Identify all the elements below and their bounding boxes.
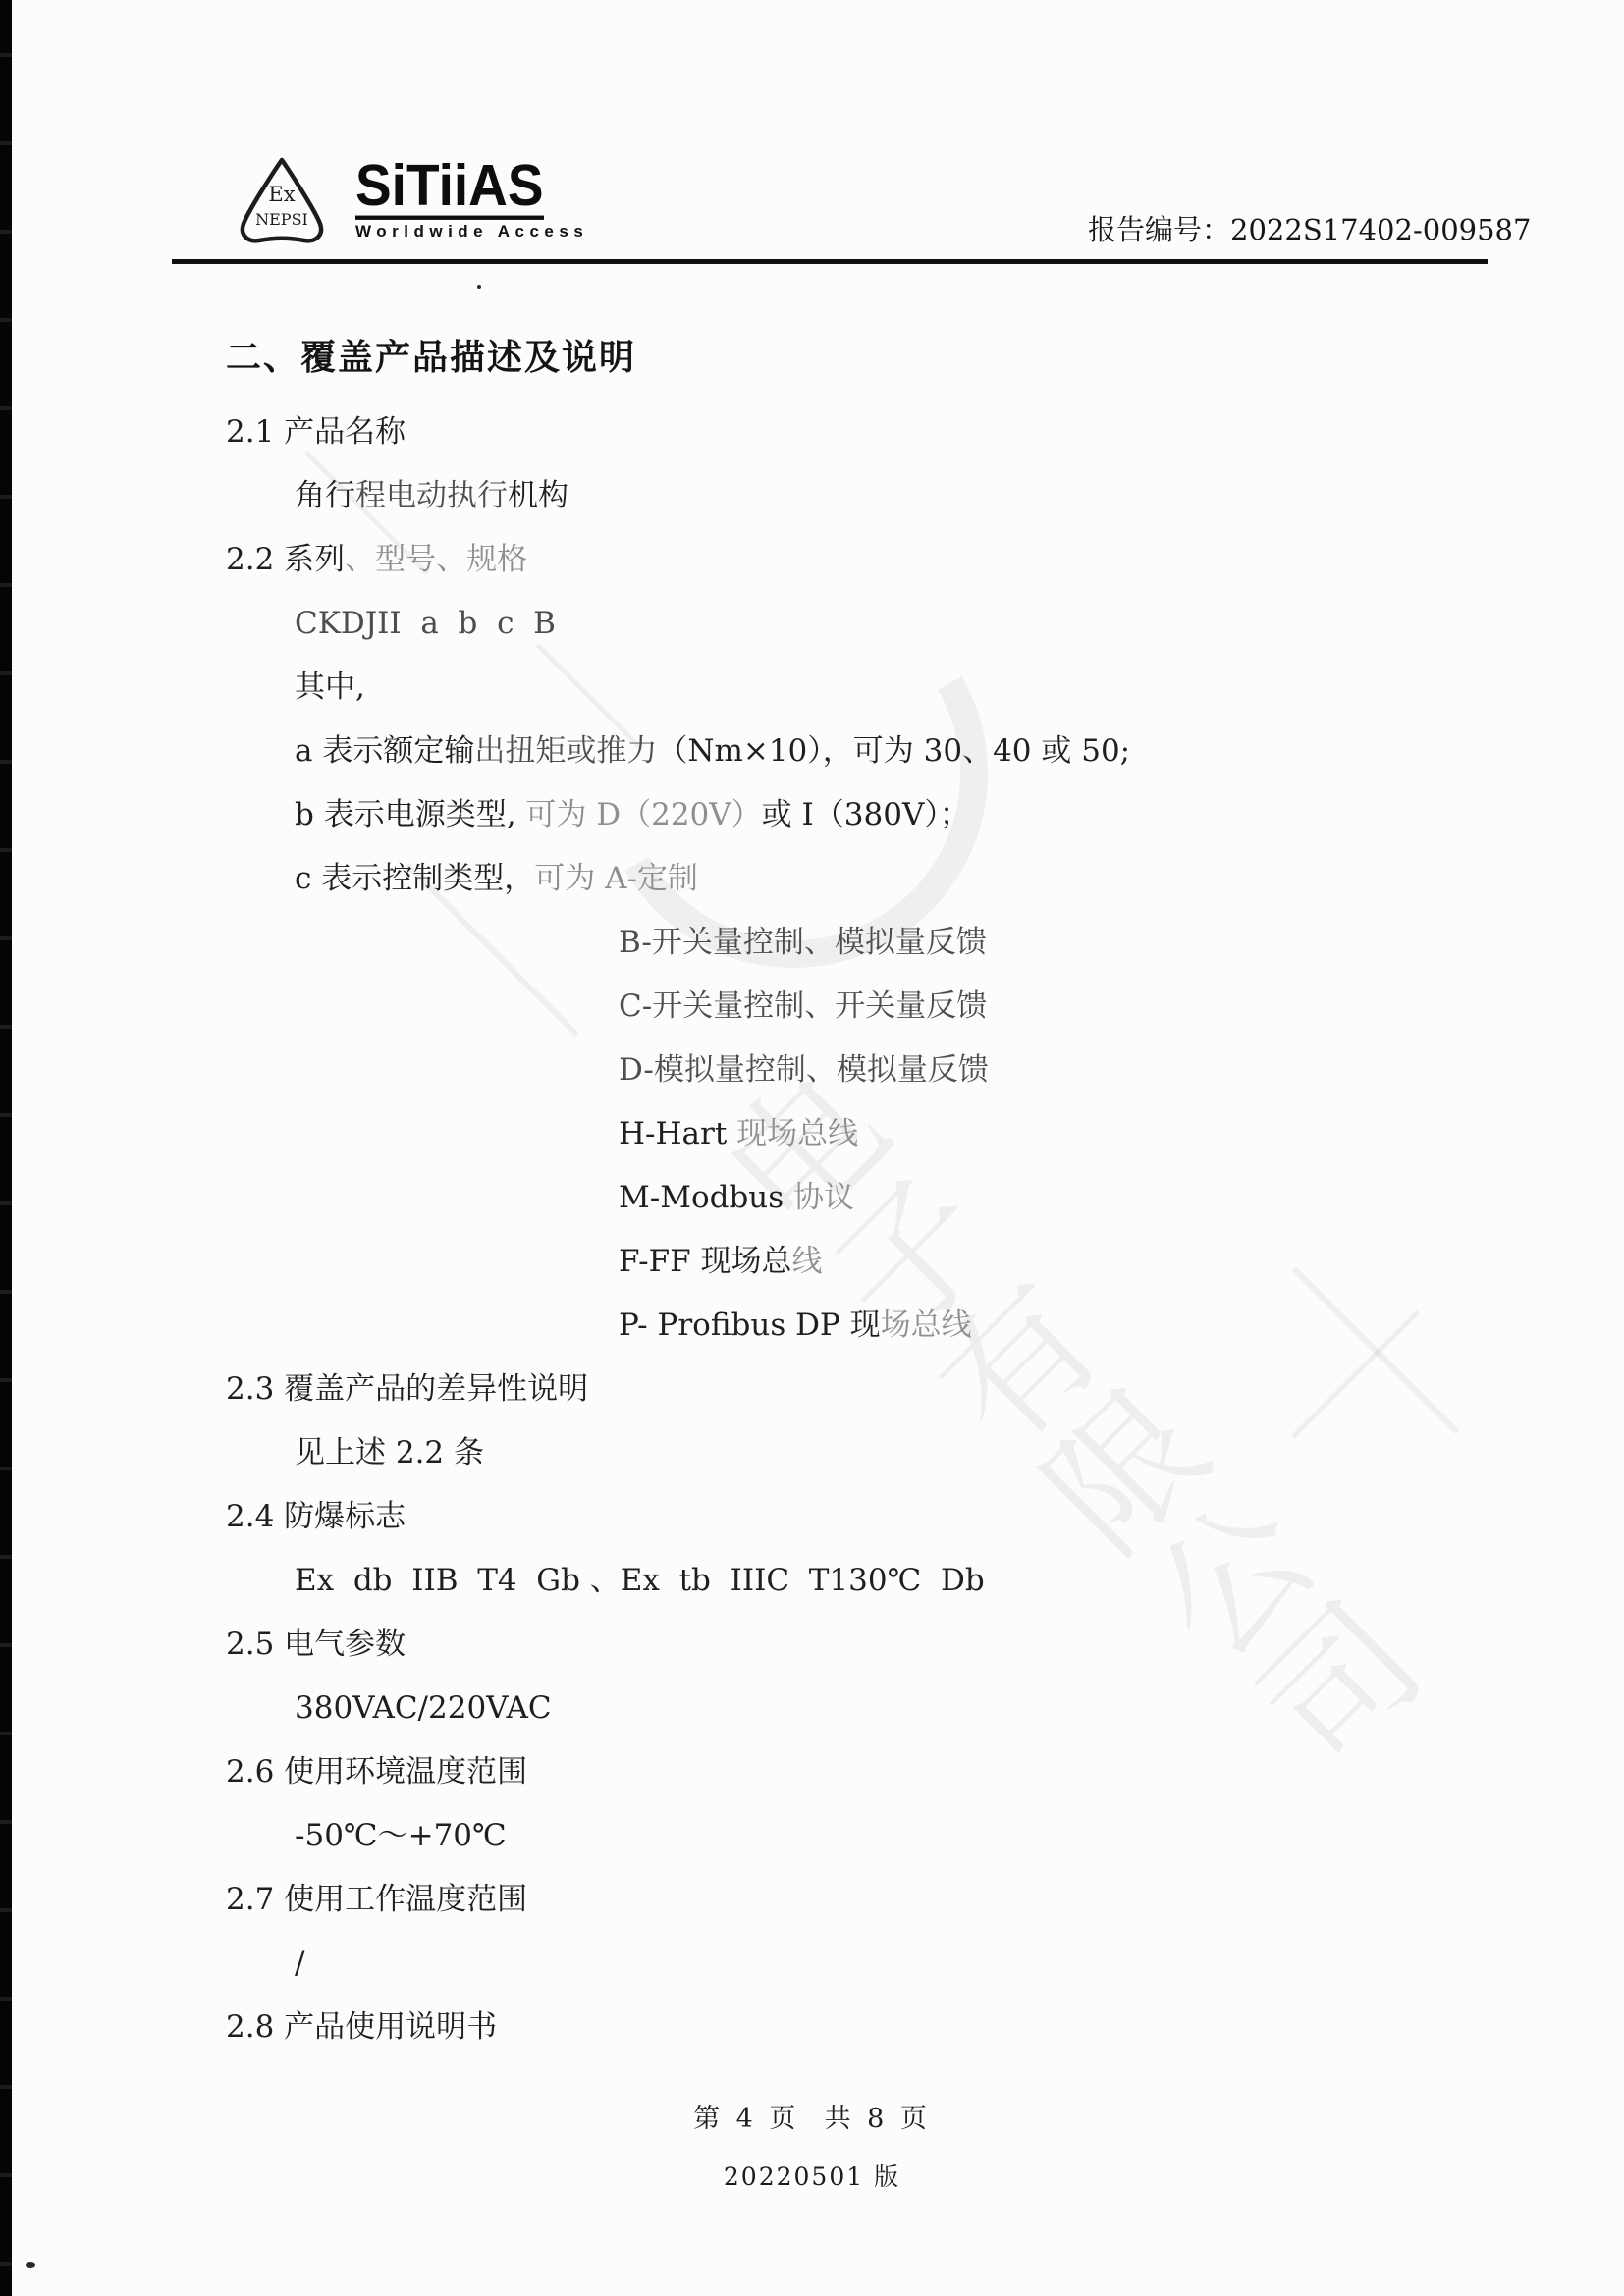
doc-line: 其中, — [0, 660, 1624, 723]
doc-line: 2.1 产品名称 — [0, 404, 1624, 468]
doc-line: / — [0, 1936, 1624, 2000]
doc-line-segment: 出扭矩或推力 — [474, 733, 657, 769]
doc-line: 2.7 使用工作温度范围 — [0, 1872, 1624, 1936]
doc-line-segment: / — [295, 1946, 304, 1981]
doc-line-segment: 2.6 使用环境温度范围 — [226, 1754, 527, 1789]
scan-speck — [477, 285, 481, 289]
brand-logo: SiTiiAS Worldwide Access — [355, 155, 588, 241]
doc-line-segment: 程电动执行 — [355, 478, 508, 513]
doc-line: 2.3 覆盖产品的差异性说明 — [0, 1362, 1624, 1425]
doc-line: 2.4 防爆标志 — [0, 1489, 1624, 1553]
doc-line-segment: 380VAC/220VAC — [295, 1690, 552, 1726]
doc-line: 角行程电动执行机构 — [0, 468, 1624, 532]
doc-line: P- Profibus DP 现场总线 — [0, 1298, 1624, 1362]
doc-line-segment: 可为 A-定制 — [534, 861, 698, 896]
doc-line-segment: 其中, — [295, 669, 365, 705]
document-page: 电子有限公司 Ex NEPSI SiTiiAS Worldwide Access… — [0, 0, 1624, 2296]
page-number: 第 4 页 共 8 页 — [0, 2097, 1624, 2135]
doc-line-segment: B-开关量控制、模拟量反馈 — [619, 925, 987, 960]
logo-badge-nepsi-label: NEPSI — [255, 210, 308, 229]
brand-tagline: Worldwide Access — [355, 222, 588, 241]
doc-line: 2.6 使用环境温度范围 — [0, 1744, 1624, 1808]
doc-line-segment: 现场总线 — [736, 1116, 858, 1151]
doc-line: H-Hart 现场总线 — [0, 1106, 1624, 1170]
doc-line: M-Modbus 协议 — [0, 1170, 1624, 1234]
doc-line-segment: 2.1 产品名称 — [226, 414, 406, 450]
doc-line: -50℃～+70℃ — [0, 1808, 1624, 1872]
doc-line-segment: C-开关量控制、开关量反馈 — [619, 988, 987, 1024]
doc-line-segment: 2.3 覆盖产品的差异性说明 — [226, 1371, 588, 1407]
document-version: 20220501 版 — [0, 2158, 1624, 2193]
report-number-label: 报告编号： — [1088, 213, 1230, 246]
section-title: 二、覆盖产品描述及说明 — [226, 330, 636, 380]
doc-line-segment: 2.8 产品使用说明书 — [226, 2009, 497, 2045]
doc-line-segment: 或 I（380V）； — [762, 797, 970, 832]
doc-line: F-FF 现场总线 — [0, 1234, 1624, 1298]
doc-line-segment: 2.2 系列 — [226, 542, 345, 577]
doc-line: 2.2 系列、型号、规格 — [0, 532, 1624, 596]
doc-line-segment: c 表示控制类型， — [295, 861, 534, 896]
doc-line: 380VAC/220VAC — [0, 1681, 1624, 1744]
doc-line: 2.5 电气参数 — [0, 1617, 1624, 1681]
doc-line-segment: 见上述 2.2 条 — [295, 1435, 484, 1470]
report-number: 报告编号：2022S17402-009587 — [1088, 208, 1531, 248]
scan-speck — [26, 2262, 35, 2268]
doc-line-segment: 可为 D（220V） — [525, 797, 761, 832]
doc-line-segment: 角行 — [295, 478, 355, 513]
doc-line: b 表示电源类型, 可为 D（220V）或 I（380V）； — [0, 787, 1624, 851]
doc-line: 见上述 2.2 条 — [0, 1425, 1624, 1489]
doc-line-segment: 场总线 — [881, 1308, 972, 1343]
doc-line-segment: D-模拟量控制、模拟量反馈 — [619, 1052, 989, 1088]
doc-lines: 2.1 产品名称角行程电动执行机构2.2 系列、型号、规格CKDJII a b … — [0, 404, 1624, 2063]
doc-line-segment: 线 — [791, 1244, 822, 1279]
doc-line-segment: 协议 — [793, 1180, 854, 1215]
doc-line: B-开关量控制、模拟量反馈 — [0, 915, 1624, 979]
ex-nepsi-logo-icon: Ex NEPSI — [233, 153, 331, 251]
doc-line-segment: 2.4 防爆标志 — [226, 1499, 406, 1534]
header-divider — [172, 259, 1488, 264]
doc-line-segment: b 表示电源类型, — [295, 797, 525, 832]
doc-line-segment: M-Modbus — [619, 1180, 793, 1215]
logo-badge-ex-label: Ex — [268, 183, 295, 206]
doc-line: C-开关量控制、开关量反馈 — [0, 979, 1624, 1042]
doc-line-segment: 、型号、规格 — [345, 542, 527, 577]
doc-line: D-模拟量控制、模拟量反馈 — [0, 1042, 1624, 1106]
doc-line-segment: 2.5 电气参数 — [226, 1627, 406, 1662]
doc-line-segment: CKDJII a b c B — [295, 606, 556, 641]
doc-line: a 表示额定输出扭矩或推力（Nm×10），可为 30、40 或 50; — [0, 723, 1624, 787]
doc-line-segment: Ex db IIB T4 Gb 、Ex tb IIIC T130℃ Db — [295, 1563, 985, 1598]
report-number-value: 2022S17402-009587 — [1230, 213, 1531, 246]
doc-line-segment: 机构 — [508, 478, 568, 513]
doc-line: Ex db IIB T4 Gb 、Ex tb IIIC T130℃ Db — [0, 1553, 1624, 1617]
doc-line: c 表示控制类型，可为 A-定制 — [0, 851, 1624, 915]
doc-line-segment: H-Hart — [619, 1116, 736, 1151]
doc-line-segment: 2.7 使用工作温度范围 — [226, 1882, 527, 1917]
doc-line-segment: F-FF 现场总 — [619, 1244, 791, 1279]
doc-line-segment: （Nm×10），可为 30、40 或 50; — [657, 733, 1130, 769]
doc-line-segment: -50℃～+70℃ — [295, 1818, 507, 1853]
doc-line-segment: P- Profibus DP 现 — [619, 1308, 881, 1343]
doc-line: CKDJII a b c B — [0, 596, 1624, 660]
doc-line-segment: a 表示额定输 — [295, 733, 474, 769]
brand-wordmark: SiTiiAS — [355, 155, 544, 220]
doc-line: 2.8 产品使用说明书 — [0, 2000, 1624, 2063]
